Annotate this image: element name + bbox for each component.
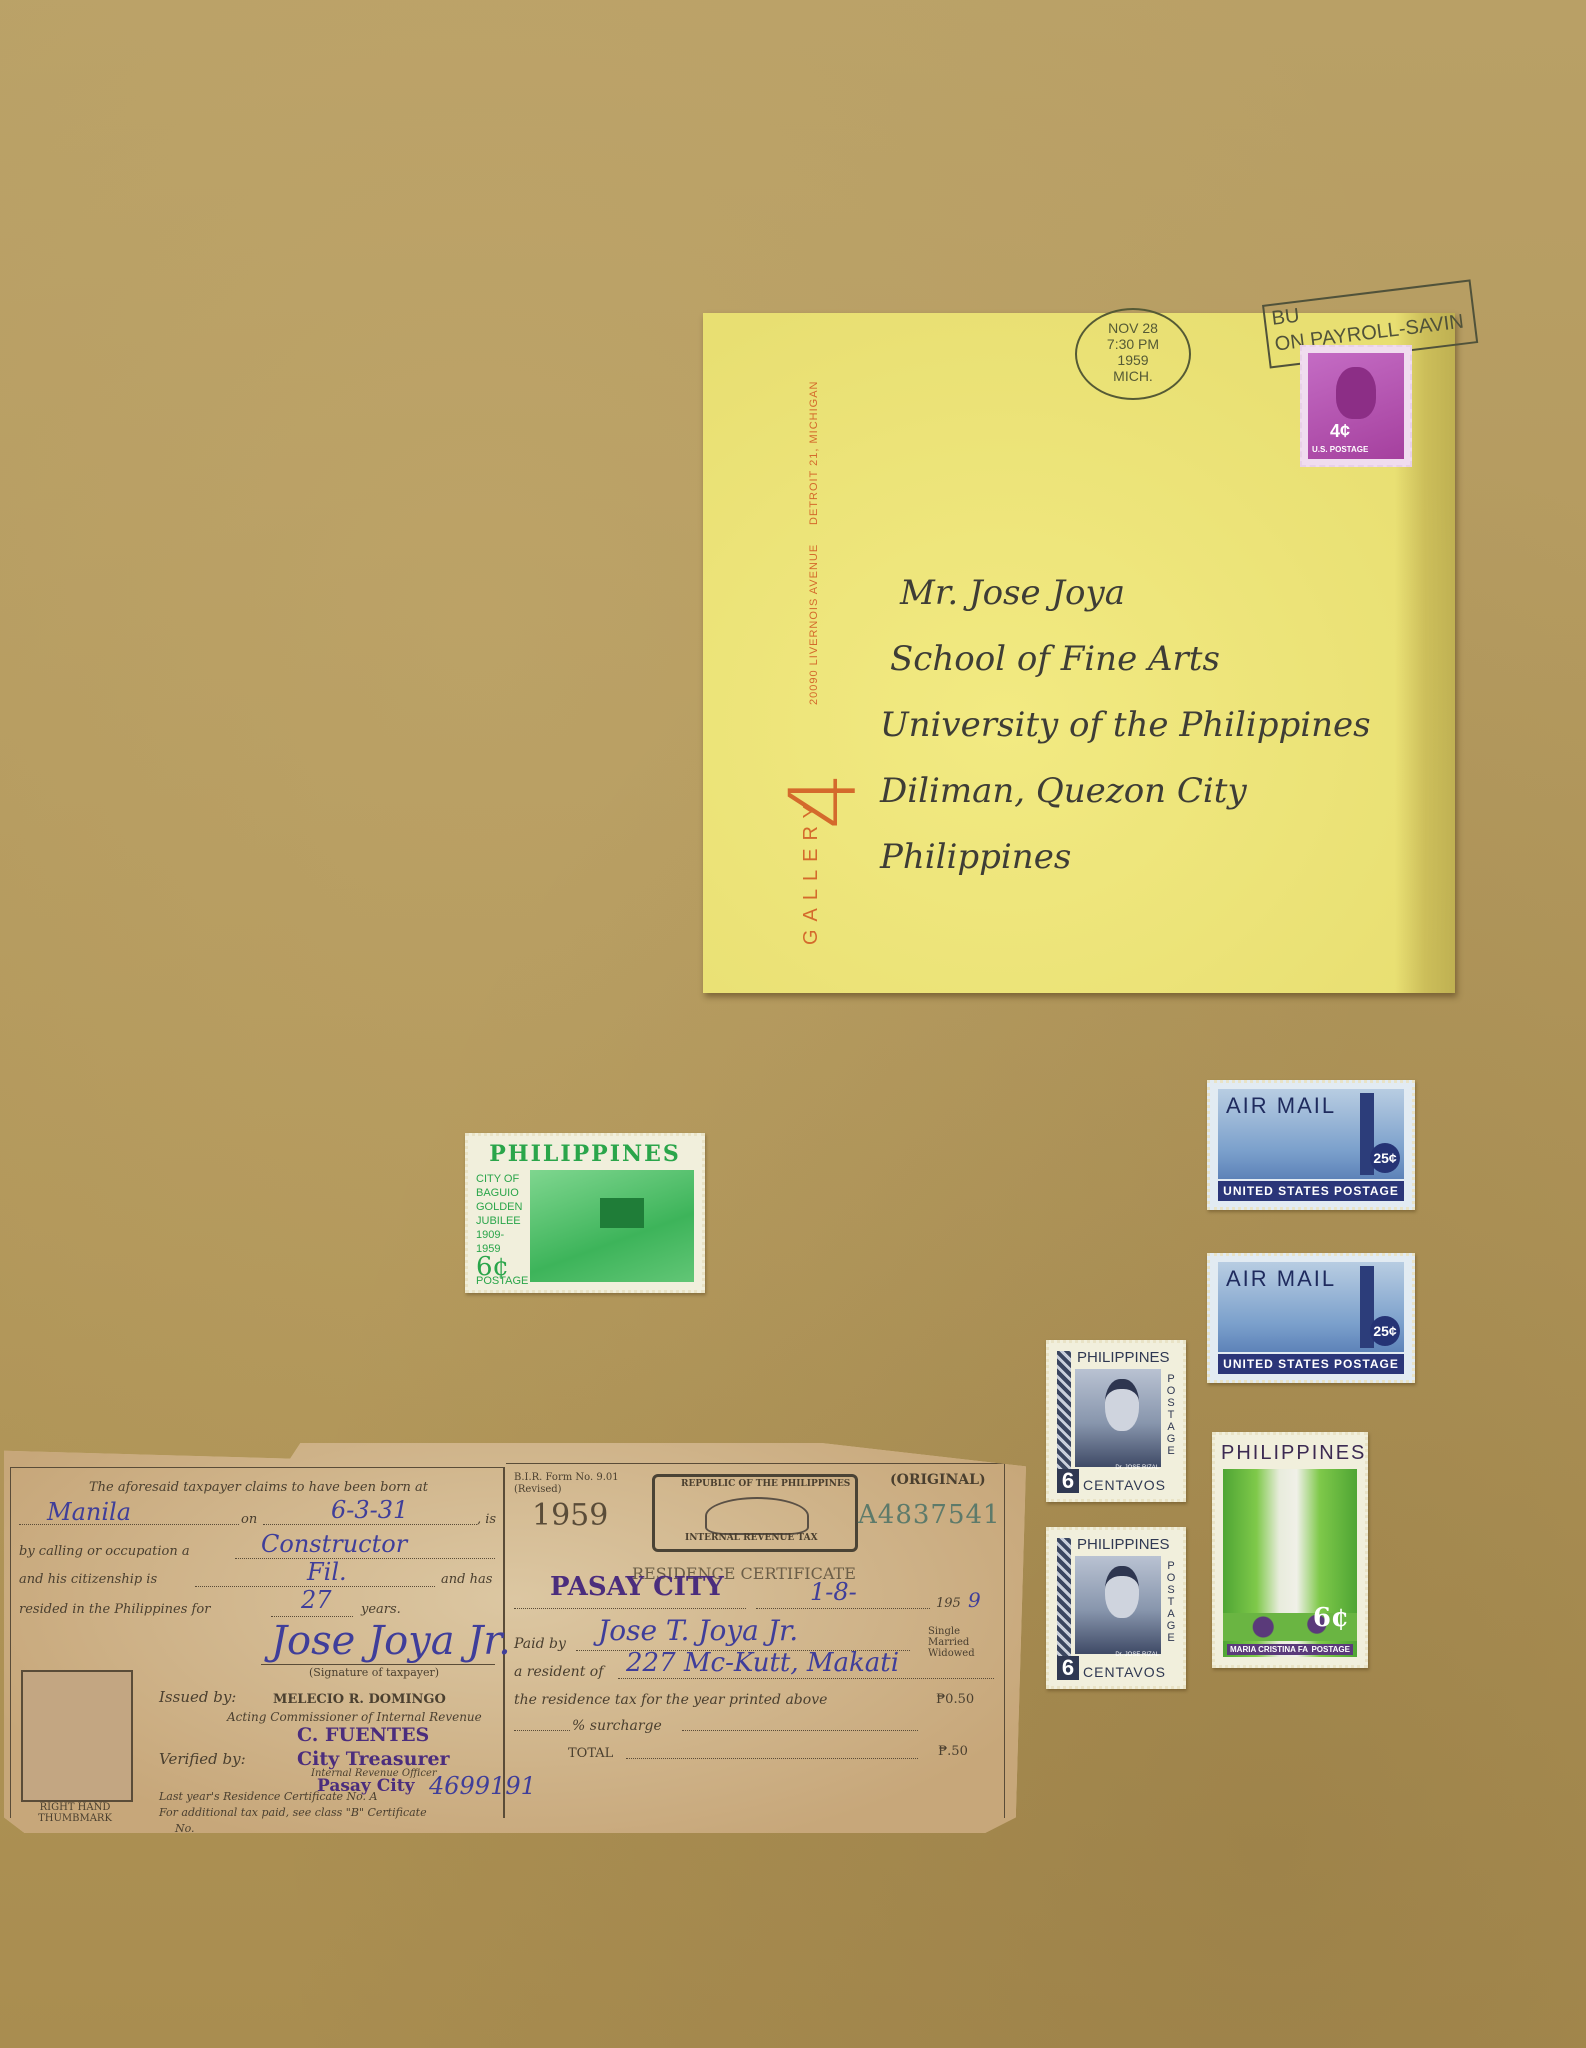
paid-by: Jose T. Joya Jr. [598, 1614, 798, 1647]
address-line: University of the Philippines [880, 692, 1371, 758]
tax-label: the residence tax for the year printed a… [514, 1692, 827, 1708]
issued-by-label: Issued by: [159, 1688, 236, 1706]
thumbmark-label-line: THUMBMARK [21, 1813, 129, 1824]
side-line: BAGUIO [476, 1186, 526, 1200]
years-label: years. [361, 1602, 401, 1617]
born-date: 6-3-31 [331, 1496, 408, 1524]
decorative-border-icon [1057, 1538, 1071, 1660]
rizal-stamp-title: PHILIPPINES [1077, 1349, 1170, 1366]
postmark: NOV 28 7:30 PM 1959 MICH. [1075, 308, 1191, 400]
rizal-stamp-side: POSTAGE [1165, 1560, 1177, 1644]
airmail-band: UNITED STATES POSTAGE [1218, 1354, 1404, 1374]
falls-stamp-label: POSTAGE [1308, 1644, 1353, 1655]
issuer-title: Acting Commissioner of Internal Revenue [227, 1710, 482, 1724]
last-year-label: Last year's Residence Certificate No. A [159, 1790, 378, 1803]
place-stamp: PASAY CITY [550, 1572, 724, 1602]
baguio-stamp-side-text: CITY OF BAGUIO GOLDEN JUBILEE 1909-1959 … [476, 1172, 526, 1288]
rizal-stamp-unit: CENTAVOS [1083, 1664, 1166, 1680]
address-line: Mr. Jose Joya [880, 560, 1371, 626]
form-number: B.I.R. Form No. 9.01 [514, 1472, 619, 1483]
return-address-city: DETROIT 21, MICHIGAN [808, 381, 820, 525]
rizal-portrait-icon [1075, 1556, 1161, 1654]
decorative-border-icon [1057, 1351, 1071, 1473]
paid-by-label: Paid by [514, 1636, 566, 1652]
surcharge-label: % surcharge [572, 1718, 662, 1734]
rizal-stamp: PHILIPPINES POSTAGE Dr. JOSE RIZAL 6 CEN… [1046, 1340, 1186, 1502]
certificate-year: 1959 [532, 1498, 608, 1533]
signature-label: (Signature of taxpayer) [309, 1666, 439, 1679]
baguio-stamp-title: PHILIPPINES [474, 1142, 696, 1166]
residence-certificate: The aforesaid taxpayer claims to have be… [4, 1443, 1026, 1833]
internal-revenue-seal-icon: REPUBLIC OF THE PHILIPPINES INTERNAL REV… [652, 1474, 858, 1552]
copy-label: (ORIGINAL) [890, 1472, 986, 1488]
falls-stamp-title: PHILIPPINES [1221, 1441, 1359, 1465]
airmail-stamp: AIR MAIL 25¢ UNITED STATES POSTAGE [1207, 1253, 1415, 1383]
years-value: 27 [301, 1586, 332, 1614]
born-at-label: The aforesaid taxpayer claims to have be… [89, 1480, 428, 1495]
postmark-date: NOV 28 [1077, 320, 1189, 336]
waterfall-scene-icon: 6¢ MARIA CRISTINA FALLS POSTAGE [1223, 1469, 1357, 1657]
and-has-label: and has [441, 1572, 492, 1587]
occupation: Constructor [261, 1530, 407, 1558]
baguio-stamp-value: 6¢ [476, 1260, 526, 1274]
postmark-time: 7:30 PM [1077, 336, 1189, 352]
airmail-band: UNITED STATES POSTAGE [1218, 1181, 1404, 1201]
total-label: TOTAL [568, 1746, 613, 1761]
rizal-stamp-unit: CENTAVOS [1083, 1477, 1166, 1493]
verifier-stamp-name: C. FUENTES [297, 1724, 429, 1746]
airmail-value: 25¢ [1370, 1143, 1400, 1173]
airmail-title: AIR MAIL [1226, 1093, 1336, 1119]
status-option: Married [928, 1637, 975, 1648]
rizal-stamp-caption: Dr. JOSE RIZAL [1115, 1652, 1159, 1658]
civil-status-options: Single Married Widowed [928, 1626, 975, 1659]
postmark-state: MICH. [1077, 368, 1189, 384]
status-option: Single [928, 1626, 975, 1637]
is-label: , is [477, 1512, 496, 1527]
rizal-stamp: PHILIPPINES POSTAGE Dr. JOSE RIZAL 6 CEN… [1046, 1527, 1186, 1689]
citizenship: Fil. [307, 1558, 347, 1586]
side-line: CITY OF [476, 1172, 526, 1186]
thumbmark-label-line: RIGHT HAND [21, 1802, 129, 1813]
side-line: GOLDEN [476, 1200, 526, 1214]
seal-top-text: REPUBLIC OF THE PHILIPPINES [681, 1479, 850, 1489]
rizal-portrait-icon [1075, 1369, 1161, 1467]
seal-emblem-icon [705, 1497, 809, 1535]
thumbmark-label: RIGHT HAND THUMBMARK [21, 1802, 129, 1824]
total-amount: ₱.50 [938, 1744, 968, 1759]
address-line: School of Fine Arts [880, 626, 1371, 692]
address-line: Philippines [880, 824, 1371, 890]
postmark-year: 1959 [1077, 352, 1189, 368]
status-option: Widowed [928, 1648, 975, 1659]
rizal-stamp-value: 6 [1057, 1469, 1079, 1493]
pavilion-icon [600, 1198, 644, 1228]
face-icon [1105, 1379, 1139, 1431]
rizal-stamp-caption: Dr. JOSE RIZAL [1115, 1465, 1159, 1471]
baguio-stamp: PHILIPPINES CITY OF BAGUIO GOLDEN JUBILE… [465, 1133, 705, 1293]
return-address-street: 20090 LIVERNOIS AVENUE [808, 544, 820, 705]
seal-bottom-text: INTERNAL REVENUE TAX [685, 1533, 818, 1543]
airmail-value: 25¢ [1370, 1316, 1400, 1346]
resided-label: resided in the Philippines for [19, 1602, 210, 1617]
lincoln-stamp: 4¢ U.S. POSTAGE [1300, 345, 1412, 467]
face-icon [1105, 1566, 1139, 1618]
address-line: Diliman, Quezon City [880, 758, 1371, 824]
taxpayer-signature: Jose Joya Jr. [271, 1618, 511, 1664]
lincoln-portrait-icon: 4¢ U.S. POSTAGE [1308, 353, 1404, 459]
born-place: Manila [47, 1498, 131, 1526]
additional-tax-label: For additional tax paid, see class "B" C… [159, 1806, 427, 1819]
year-label: 195 [936, 1596, 961, 1611]
return-address-gallery-number: 4 [770, 771, 877, 830]
issue-date: 1-8- [810, 1578, 857, 1606]
serial-number: A4837541 [858, 1500, 1001, 1530]
rizal-stamp-title: PHILIPPINES [1077, 1536, 1170, 1553]
certificate-left-panel: The aforesaid taxpayer claims to have be… [10, 1467, 505, 1818]
on-label: on [241, 1512, 257, 1527]
lincoln-stamp-value: 4¢ [1330, 421, 1350, 442]
side-line: JUBILEE [476, 1214, 526, 1228]
verified-by-label: Verified by: [159, 1750, 246, 1768]
airmail-title: AIR MAIL [1226, 1266, 1336, 1292]
falls-stamp: PHILIPPINES 6¢ MARIA CRISTINA FALLS POST… [1212, 1432, 1368, 1668]
certificate-no-label: No. [175, 1822, 195, 1835]
resident-address: 227 Mc-Kutt, Makati [626, 1648, 899, 1678]
rizal-stamp-side: POSTAGE [1165, 1373, 1177, 1457]
baguio-pavilion-scene-icon [530, 1170, 694, 1282]
citizenship-label: and his citizenship is [19, 1572, 157, 1587]
lincoln-stamp-label: U.S. POSTAGE [1312, 445, 1368, 454]
year-digit: 9 [968, 1588, 981, 1612]
form-revised: (Revised) [514, 1484, 562, 1495]
tax-amount: ₱0.50 [936, 1692, 974, 1707]
thumbmark-box [21, 1670, 133, 1802]
handwritten-address: Mr. Jose Joya School of Fine Arts Univer… [880, 560, 1371, 890]
certificate-right-panel: B.I.R. Form No. 9.01 (Revised) 1959 REPU… [506, 1463, 1005, 1818]
resident-label: a resident of [514, 1664, 603, 1680]
lincoln-head-icon [1336, 367, 1376, 419]
rizal-stamp-value: 6 [1057, 1656, 1079, 1680]
verifier-stamp-title: City Treasurer [297, 1748, 450, 1770]
airmail-stamp: AIR MAIL 25¢ UNITED STATES POSTAGE [1207, 1080, 1415, 1210]
baguio-stamp-label: POSTAGE [476, 1274, 526, 1288]
issuer-name: MELECIO R. DOMINGO [273, 1692, 446, 1707]
falls-stamp-value: 6¢ [1313, 1603, 1349, 1633]
occupation-label: by calling or occupation a [19, 1544, 190, 1559]
